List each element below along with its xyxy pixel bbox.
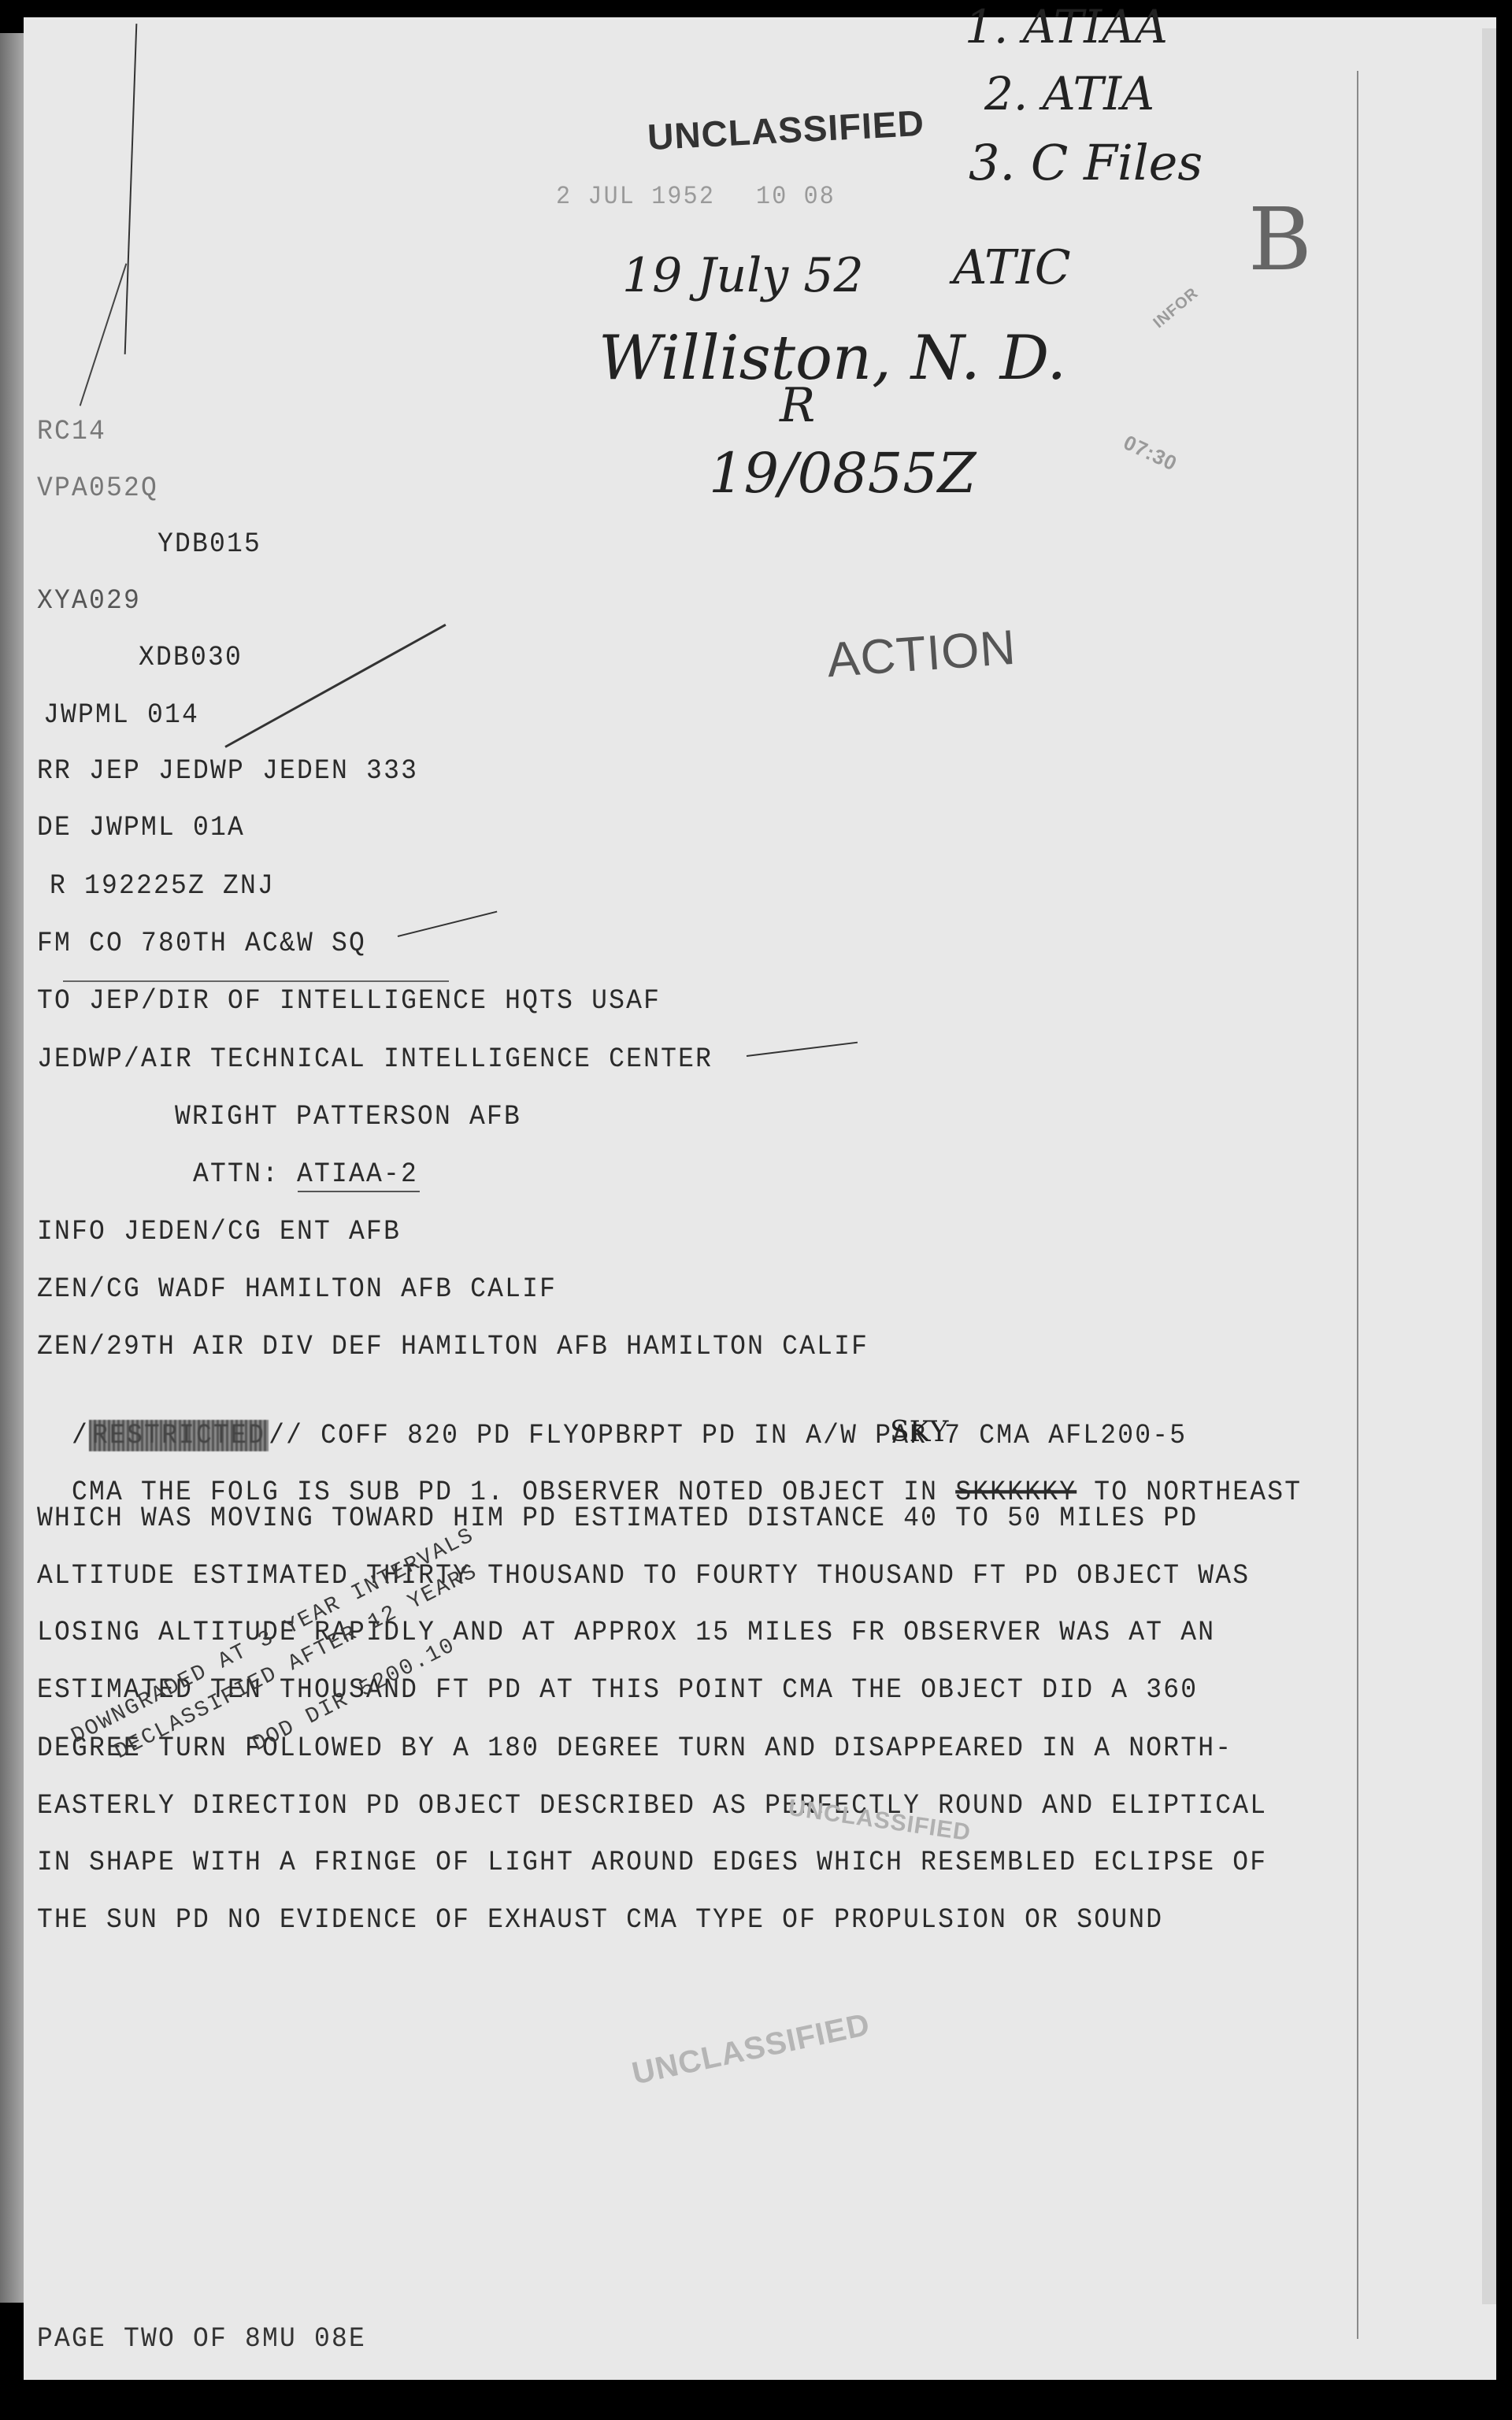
page-footer: PAGE TWO OF 8MU 08E <box>37 2323 366 2355</box>
handwritten-date: 19 July 52 <box>622 248 864 303</box>
from-line: FM CO 780TH AC&W SQ <box>37 928 366 959</box>
precedence-line: RR JEP JEDWP JEDEN 333 <box>37 755 418 787</box>
body-line: WHICH WAS MOVING TOWARD HIM PD ESTIMATED… <box>37 1503 1198 1534</box>
handwritten-atic: ATIC <box>953 240 1071 295</box>
right-margin-line <box>1357 71 1358 2339</box>
scan-right-edge <box>1482 28 1496 2304</box>
handwritten-sky-correction: SKY <box>890 1416 948 1448</box>
routing-indicator: JWPML 014 <box>43 699 199 731</box>
corner-mark: B <box>1248 189 1312 290</box>
body-line: ALTITUDE ESTIMATED THIRTY THOUSAND TO FO… <box>37 1560 1250 1592</box>
handwritten-location: Williston, N. D. <box>598 323 1066 394</box>
routing-indicator: XYA029 <box>37 585 141 617</box>
routing-note-1: 1. ATIAA <box>965 0 1168 54</box>
body-line: DEGREE TURN FOLLOWED BY A 180 DEGREE TUR… <box>37 1733 1232 1764</box>
dtg-line: R 192225Z ZNJ <box>50 870 275 902</box>
originator-line: DE JWPML 01A <box>37 812 245 843</box>
body-line-1: /RESTRICTED// COFF 820 PD FLYOPBRPT PD I… <box>37 1388 1187 1451</box>
received-date-stamp: 2 JUL 1952 <box>556 183 715 212</box>
routing-indicator: RC14 <box>37 416 106 447</box>
info-line: INFO JEDEN/CG ENT AFB <box>37 1216 401 1247</box>
routing-note-3: 3. C Files <box>969 134 1203 191</box>
body-line: THE SUN PD NO EVIDENCE OF EXHAUST CMA TY… <box>37 1904 1163 1936</box>
routing-indicator: XDB030 <box>139 642 243 673</box>
scan-left-edge <box>0 33 24 2303</box>
body-line: IN SHAPE WITH A FRINGE OF LIGHT AROUND E… <box>37 1847 1267 1878</box>
received-time-stamp: 10 08 <box>756 183 836 212</box>
body-line: EASTERLY DIRECTION PD OBJECT DESCRIBED A… <box>37 1790 1267 1821</box>
to-line: TO JEP/DIR OF INTELLIGENCE HQTS USAF <box>37 985 661 1017</box>
pen-underline <box>63 980 449 982</box>
body-line: LOSING ALTITUDE RAPIDLY AND AT APPROX 15… <box>37 1617 1215 1648</box>
info-line-3: ZEN/29TH AIR DIV DEF HAMILTON AFB HAMILT… <box>37 1331 869 1362</box>
handwritten-time: 19/0855Z <box>709 441 976 506</box>
handwritten-initial: R <box>780 378 815 433</box>
info-line-2: ZEN/CG WADF HAMILTON AFB CALIF <box>37 1273 557 1305</box>
to-line-3: WRIGHT PATTERSON AFB <box>175 1101 521 1132</box>
body-line-2: CMA THE FOLG IS SUB PD 1. OBSERVER NOTED… <box>37 1445 1302 1508</box>
pen-underline <box>298 1191 420 1192</box>
to-line-2: JEDWP/AIR TECHNICAL INTELLIGENCE CENTER <box>37 1043 713 1075</box>
routing-indicator: YDB015 <box>157 528 261 560</box>
attn-line: ATTN: ATIAA-2 <box>193 1158 418 1190</box>
routing-indicator: VPA052Q <box>37 473 158 504</box>
routing-note-2: 2. ATIA <box>984 67 1154 120</box>
